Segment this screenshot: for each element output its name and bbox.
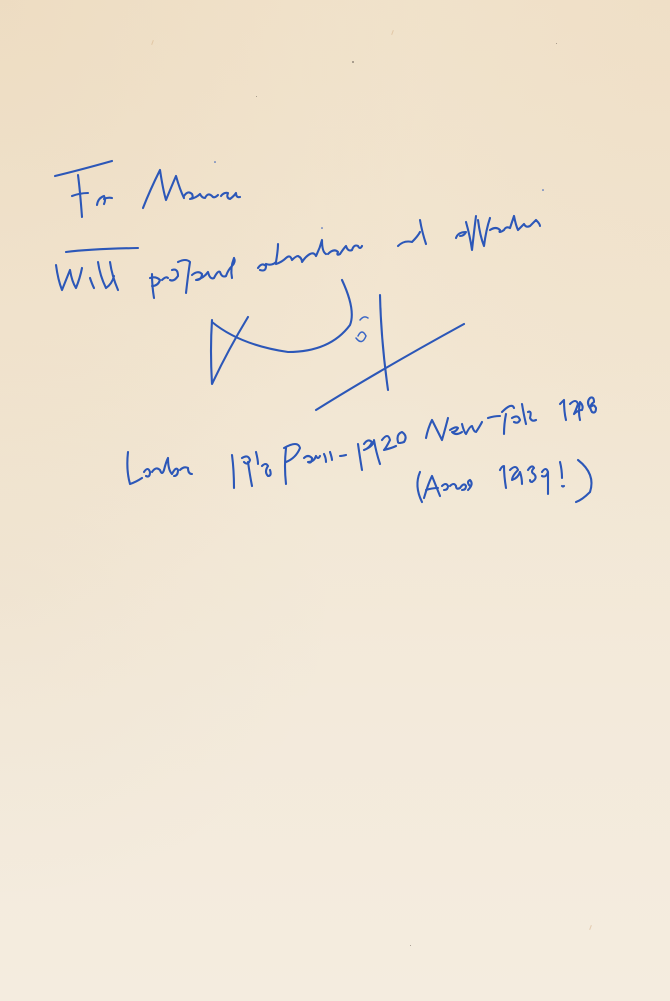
- line-for-maurice: [55, 161, 240, 217]
- line-with-profound: [56, 189, 544, 298]
- line-cities-dates: [127, 398, 596, 489]
- signature: [211, 280, 464, 410]
- line-arras: [417, 460, 591, 502]
- handwritten-inscription: [0, 0, 670, 1001]
